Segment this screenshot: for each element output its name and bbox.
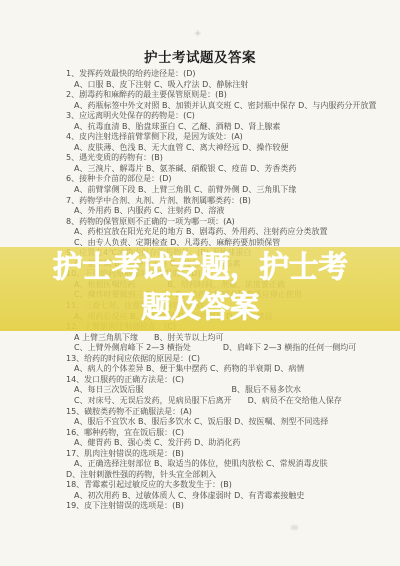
exam-line: 8、药物的保管原则不正确的一项为哪一项：(A): [66, 217, 396, 228]
exam-line: 1、发挥药效最快的给药途径是：(D): [66, 69, 396, 80]
exam-line: A、服后不宜饮水 B、服后多饮水 C、饭后服 D、按医嘱、剂型不同选择: [66, 417, 396, 428]
exam-line: A、病人的个体差异 B、便于集中摆药 C、药物的半衰期 D、病情: [66, 364, 396, 375]
exam-line: A、前臂掌侧下段 B、上臂三角肌 C、前臂外侧 D、三角肌下缘: [66, 185, 396, 196]
exam-line: A、药柜宜放在阳光充足的地方 B、剧毒药、外用药、注射药应分类放置: [66, 227, 396, 238]
exam-line: 7、药物学中合剂、丸剂、片剂、散剂属哪类药：(B): [66, 196, 396, 207]
exam-line: D、注射刺激性强的药物，针头宜全部刺入: [66, 470, 396, 481]
exam-line: 14、发口服药的正确方法是：(C): [66, 375, 396, 386]
exam-line: A、皮肤薄、色浅 B、无大血管 C、离大神经远 D、操作较便: [66, 143, 396, 154]
exam-line: A、三溴片、解毒片 B、氨茶碱、硝酸银 C、疫苗 D、芳香类药: [66, 164, 396, 175]
exam-line: A、正确选择注射部位 B、取适当的体位，使肌肉放松 C、常规消毒皮肤: [66, 459, 396, 470]
exam-line: 16、哪种药物，宜在饭后服：(C): [66, 428, 396, 439]
exam-line: 13、给药的时间应依据的原因是：(C): [66, 354, 396, 365]
exam-line: 5、遇光变质的药物有：(B): [66, 153, 396, 164]
overlay-title-line2: 题及答案: [141, 288, 259, 328]
exam-line: 6、接种卡介苗的部位是：(D): [66, 174, 396, 185]
exam-line: 18、青霉素引起过敏反应的大多数发生于：(B): [66, 480, 396, 491]
scanned-exam-page: + 护士考试题及答案 1、发挥药效最快的给药途径是：(D)A、口服 B、皮下注射…: [0, 0, 400, 566]
exam-line: A、药瓶标签中外文对照 B、加锁并认真交班 C、密封瓶中保存 D、与内服药分开放…: [66, 101, 396, 112]
exam-line: C、对床号、无误后发药，见病员服下后离开 D、病员不在交给他人保存: [66, 396, 396, 407]
overlay-title-line1: 护士考试专题，护士考: [53, 248, 348, 288]
exam-line: 3、应远离明火处保存的药物是：(C): [66, 111, 396, 122]
document-title: 护士考试题及答案: [0, 46, 400, 66]
exam-line: A、口服 B、皮下注射 C、吸入疗法 D、静脉注射: [66, 80, 396, 91]
exam-line: 15、磺胺类药物不正确服法是：(A): [66, 407, 396, 418]
exam-line: 17、肌肉注射错误的选项是：(B): [66, 449, 396, 460]
exam-line: A、每日三次饭后服 B、服后不易多饮水: [66, 385, 396, 396]
exam-line: C、上臂外侧肩峰下 2—3 横指处 D、肩峰下 2—3 横指的任何一侧均可: [66, 343, 396, 354]
exam-line: A、健胃药 B、强心类 C、发汗药 D、助消化药: [66, 438, 396, 449]
exam-line: 2、剧毒药和麻醉药的最主要保管原则是：(B): [66, 90, 396, 101]
promo-overlay-banner: 护士考试专题，护士考 题及答案: [0, 247, 400, 331]
scan-smudge-mark: [291, 525, 298, 530]
exam-line: A、抗毒血清 B、胎盘球蛋白 C、乙醚、酒精 D、肾上腺素: [66, 122, 396, 133]
exam-line: A、初次用药 B、过敏体质人 C、身体虚弱时 D、有青霉素接触史: [66, 491, 396, 502]
scan-artifact-mark: +: [194, 29, 202, 39]
exam-line: A、外用药 B、内服药 C、注射药 D、溶液: [66, 206, 396, 217]
exam-line: 19、皮下注射错误的选项是：(B): [66, 501, 396, 512]
exam-line: 4、皮内注射选择前臂掌侧下段，是因为该处：(A): [66, 132, 396, 143]
exam-line: A 上臂三角肌下缘 B、肘关节以上均可: [66, 333, 396, 344]
